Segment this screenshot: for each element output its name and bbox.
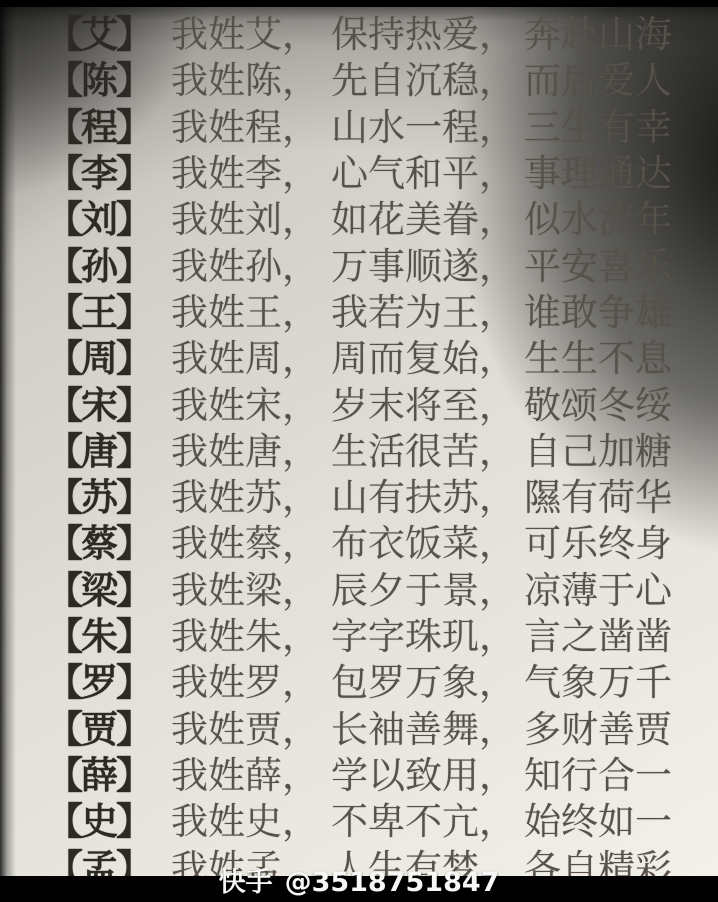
kuaishou-watermark: 快手@3518751847 (219, 860, 500, 899)
surname-row: 【苏】 我姓苏， 山有扶苏， 隰有荷华 (46, 471, 718, 517)
surname-row: 【宋】 我姓宋， 岁末将至， 敬颂冬绥 (46, 378, 718, 424)
surname-row: 【蔡】 我姓蔡， 布衣饭菜， 可乐终身 (46, 517, 718, 563)
surname-phrase-list: 【艾】 我姓艾， 保持热爱， 奔赴山海 【陈】 我姓陈， 先自沉稳， 而后爱人 … (46, 8, 718, 876)
surname-row: 【王】 我姓王， 我若为王， 谁敢争雄 (46, 286, 718, 332)
surname-row: 【孙】 我姓孙， 万事顺遂， 平安喜乐 (46, 239, 718, 285)
letterbox-top-bar (0, 0, 718, 7)
surname-row: 【朱】 我姓朱， 字字珠玑， 言之凿凿 (46, 610, 718, 656)
photo-frame: 【艾】 我姓艾， 保持热爱， 奔赴山海 【陈】 我姓陈， 先自沉稳， 而后爱人 … (0, 0, 718, 902)
surname-row: 【薛】 我姓薛， 学以致用， 知行合一 (46, 749, 718, 795)
surname-row: 【贾】 我姓贾， 长袖善舞， 多财善贾 (46, 702, 718, 748)
surname-row: 【罗】 我姓罗， 包罗万象， 气象万千 (46, 656, 718, 702)
surname-row: 【梁】 我姓梁， 辰夕于景， 凉薄于心 (46, 564, 718, 610)
surname-row: 【周】 我姓周， 周而复始， 生生不息 (46, 332, 718, 378)
surname-row: 【李】 我姓李， 心气和平， 事理通达 (46, 147, 718, 193)
surname-row: 【唐】 我姓唐， 生活很苦， 自己加糖 (46, 425, 718, 471)
surname-row: 【陈】 我姓陈， 先自沉稳， 而后爱人 (46, 54, 718, 100)
kuaishou-app-name: 快手 (219, 867, 273, 898)
surname-phrase2: 各自精彩 (524, 838, 672, 877)
surname-row: 【程】 我姓程， 山水一程， 三生有幸 (46, 101, 718, 147)
paper-background: 【艾】 我姓艾， 保持热爱， 奔赴山海 【陈】 我姓陈， 先自沉稳， 而后爱人 … (0, 7, 718, 876)
surname-row: 【刘】 我姓刘， 如花美眷， 似水流年 (46, 193, 718, 239)
watermark-user-id: @3518751847 (285, 867, 500, 898)
surname-tag: 【孟】 (46, 838, 151, 877)
surname-row: 【史】 我姓史， 不卑不亢， 始终如一 (46, 795, 718, 841)
surname-row: 【艾】 我姓艾， 保持热爱， 奔赴山海 (46, 8, 718, 54)
